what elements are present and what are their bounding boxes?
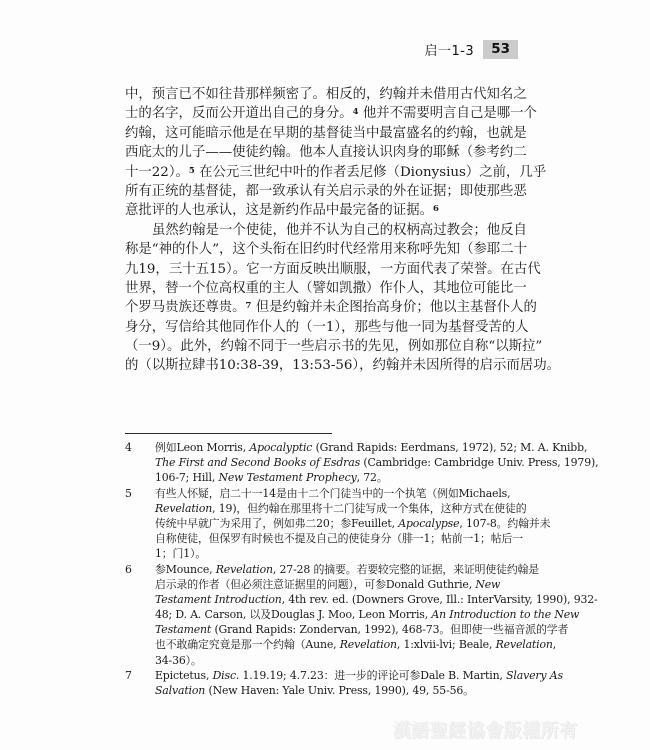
- text-line: （一9）。此外，约翰不同于一些启示书的先见，例如那位自称“以斯拉”: [125, 337, 529, 356]
- footnote-number: 5: [125, 486, 155, 562]
- text-line: 也不敢确定究竟是那一个约翰（Aune, Revelation, 1:xlvii-…: [155, 637, 598, 652]
- footnote-marker: 7: [246, 301, 252, 311]
- text-line: 106-7; Hill, New Testament Prophecy, 72。: [155, 470, 598, 485]
- body-paragraph: 虽然约翰是一个使徒，他并不认为自己的权柄高过教会；他反自称是“神的仆人”，这个头…: [125, 221, 529, 376]
- footnote-number: 7: [125, 668, 155, 698]
- text-line: 有些人怀疑，启二十一14是由十二个门徒当中的一个执笔（例如Michaels,: [155, 486, 550, 501]
- footnote-marker: 5: [189, 166, 195, 176]
- text-line: 虽然约翰是一个使徒，他并不认为自己的权柄高过教会；他反自: [125, 221, 529, 240]
- text-line: 九19，三十五15）。它一方面反映出顺服，一方面代表了荣誉。在古代: [125, 260, 529, 279]
- footnotes: 4例如Leon Morris, Apocalyptic (Grand Rapid…: [125, 440, 537, 698]
- text-line: 的（以斯拉肆书10:38-39，13:53-56），约翰并未因所得的启示而居功。: [125, 356, 529, 375]
- text-line: 34-36）。: [155, 653, 598, 668]
- text-line: 所有正统的基督徒，都一致承认有关启示录的外在证据；即使那些恶: [125, 182, 529, 201]
- text-line: Salvation (New Haven: Yale Univ. Press, …: [155, 683, 563, 698]
- text-line: 世界，替一个位高权重的主人（譬如凯撒）作仆人，其地位可能比一: [125, 279, 529, 298]
- footnote: 7Epictetus, Disc. 1.19.19; 4.7.23：进一步的评论…: [125, 668, 537, 698]
- text-line: 西庇太的儿子——使徒约翰。他本人直接认识肉身的耶稣（参考约二: [125, 143, 529, 162]
- footnote-marker: 4: [353, 107, 359, 117]
- text-line: 意批评的人也承认，这是新约作品中最完备的证据。6: [125, 201, 529, 220]
- text-line: 48; D. A. Carson, 以及Douglas J. Moo, Leon…: [155, 607, 598, 622]
- copyright-watermark: 漢語聖經協會版權所有: [393, 717, 578, 743]
- footnote-marker: 6: [433, 204, 439, 214]
- text-line: 传统中早就广为采用了，例如弗二20；参Feuillet, Apocalypse,…: [155, 516, 550, 531]
- text-line: 约翰，这可能暗示他是在早期的基督徒当中最富盛名的约翰，也就是: [125, 124, 529, 143]
- footnote-text: 有些人怀疑，启二十一14是由十二个门徒当中的一个执笔（例如Michaels,Re…: [155, 486, 550, 562]
- page-header: 启一1-3 53: [424, 40, 518, 59]
- running-title: 启一1-3: [424, 40, 474, 59]
- text-line: 自称使徒，但保罗有时候也不提及自己的使徒身分（腓一1；帖前一1；帖后一: [155, 531, 550, 546]
- text-line: Testament (Grand Rapids: Zondervan, 1992…: [155, 622, 598, 637]
- text-line: 1；门1）。: [155, 546, 550, 561]
- text-line: The First and Second Books of Esdras (Ca…: [155, 455, 598, 470]
- text-line: 十一22）。5 在公元三世纪中叶的作者丢尼修（Dionysius）之前，几乎: [125, 163, 529, 182]
- text-line: 身分，写信给其他同作仆人的（一1），那些与他一同为基督受苦的人: [125, 318, 529, 337]
- footnote-number: 6: [125, 562, 155, 668]
- footnote: 6参Mounce, Revelation, 27-28 的摘要。若要较完整的证据…: [125, 562, 537, 668]
- text-line: Epictetus, Disc. 1.19.19; 4.7.23：进一步的评论可…: [155, 668, 563, 683]
- footnote-text: Epictetus, Disc. 1.19.19; 4.7.23：进一步的评论可…: [155, 668, 563, 698]
- text-line: 中，预言已不如往昔那样频密了。相反的，约翰并未借用古代知名之: [125, 85, 529, 104]
- footnote: 5有些人怀疑，启二十一14是由十二个门徒当中的一个执笔（例如Michaels,R…: [125, 486, 537, 562]
- body-text: 中，预言已不如往昔那样频密了。相反的，约翰并未借用古代知名之士的名字，反而公开道…: [125, 85, 529, 376]
- body-paragraph: 中，预言已不如往昔那样频密了。相反的，约翰并未借用古代知名之士的名字，反而公开道…: [125, 85, 529, 221]
- book-page: 启一1-3 53 中，预言已不如往昔那样频密了。相反的，约翰并未借用古代知名之士…: [0, 0, 650, 750]
- text-line: Revelation, 19)，但约翰在那里将十二门徒写成一个集体，这种方式在使…: [155, 501, 550, 516]
- text-line: 启示录的作者（但必须注意证据里的问题），可参Donald Guthrie, Ne…: [155, 577, 598, 592]
- text-line: 参Mounce, Revelation, 27-28 的摘要。若要较完整的证据，…: [155, 562, 598, 577]
- footnote-separator: [125, 433, 332, 434]
- text-line: 个罗马贵族还尊贵。7 但是约翰并未企图抬高身价；他以主基督仆人的: [125, 298, 529, 317]
- page-number-badge: 53: [483, 40, 518, 59]
- text-line: 士的名字，反而公开道出自己的身分。4 他并不需要明言自己是哪一个: [125, 104, 529, 123]
- text-line: Testament Introduction, 4th rev. ed. (Do…: [155, 592, 598, 607]
- text-line: 称是“神的仆人”，这个头衔在旧约时代经常用来称呼先知（参耶二十: [125, 240, 529, 259]
- text-line: 例如Leon Morris, Apocalyptic (Grand Rapids…: [155, 440, 598, 455]
- footnote-text: 例如Leon Morris, Apocalyptic (Grand Rapids…: [155, 440, 598, 486]
- footnote: 4例如Leon Morris, Apocalyptic (Grand Rapid…: [125, 440, 537, 486]
- footnote-number: 4: [125, 440, 155, 486]
- footnote-text: 参Mounce, Revelation, 27-28 的摘要。若要较完整的证据，…: [155, 562, 598, 668]
